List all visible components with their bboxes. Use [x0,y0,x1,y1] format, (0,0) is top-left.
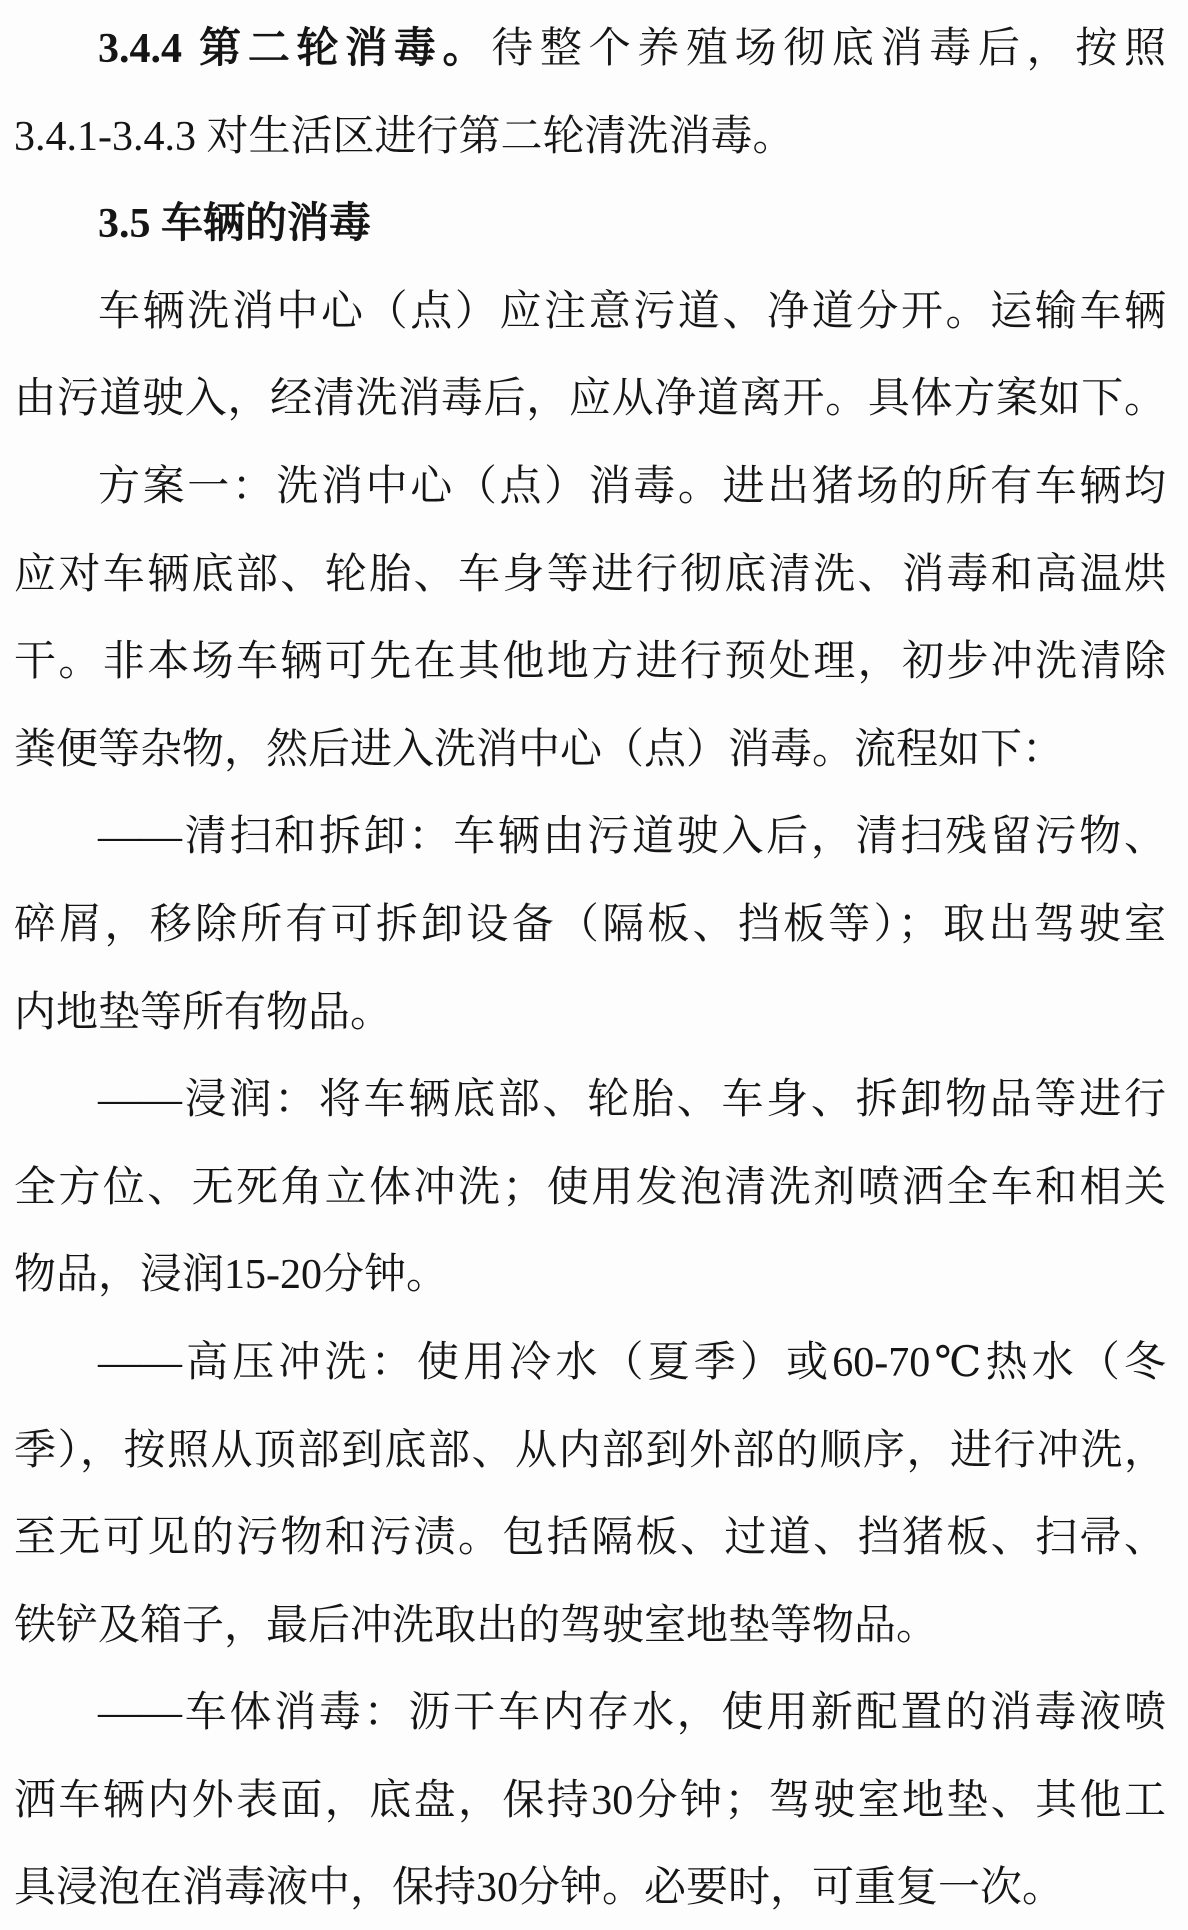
text-line: ——高压冲洗：使用冷水（夏季）或60-70℃热水（冬 [14,1320,1166,1408]
text-line: 物品，浸润15-20分钟。 [14,1232,1166,1320]
text-segment: ——车体消毒：沥干车内存水，使用新配置的消毒液喷 [98,1690,1166,1736]
text-segment: 碎屑，移除所有可拆卸设备（隔板、挡板等）；取出驾驶室 [14,902,1166,948]
paragraph-wash-center-intro: 车辆洗消中心（点）应注意污道、净道分开。运输车辆由污道驶入，经清洗消毒后，应从净… [14,269,1166,444]
text-line: 3.4.1-3.4.3 对生活区进行第二轮清洗消毒。 [14,94,1166,182]
text-segment: 物品，浸润15-20分钟。 [14,1252,448,1298]
paragraph-step-high-pressure-rinse: ——高压冲洗：使用冷水（夏季）或60-70℃热水（冬季），按照从顶部到底部、从内… [14,1320,1166,1670]
text-segment: 由污道驶入，经清洗消毒后，应从净道离开。具体方案如下。 [14,376,1166,422]
text-line: ——浸润：将车辆底部、轮胎、车身、拆卸物品等进行 [14,1057,1166,1145]
text-line: ——清扫和拆卸：车辆由污道驶入后，清扫残留污物、 [14,794,1166,882]
text-segment: 车辆洗消中心（点）应注意污道、净道分开。运输车辆 [98,289,1166,335]
text-line: 洒车辆内外表面，底盘，保持30分钟；驾驶室地垫、其他工 [14,1758,1166,1846]
text-line: 干。非本场车辆可先在其他地方进行预处理，初步冲洗清除 [14,619,1166,707]
text-segment: 铁铲及箱子，最后冲洗取出的驾驶室地垫等物品。 [14,1603,938,1649]
text-line: 由污道驶入，经清洗消毒后，应从净道离开。具体方案如下。 [14,356,1166,444]
text-line: 粪便等杂物，然后进入洗消中心（点）消毒。流程如下： [14,707,1166,795]
text-line: 至无可见的污物和污渍。包括隔板、过道、挡猪板、扫帚、 [14,1495,1166,1583]
text-line: 全方位、无死角立体冲洗；使用发泡清洗剂喷洒全车和相关 [14,1145,1166,1233]
text-segment: 待整个养殖场彻底消毒后，按照 [491,26,1166,72]
text-segment: ——浸润：将车辆底部、轮胎、车身、拆卸物品等进行 [98,1077,1166,1123]
paragraph-plan-one: 方案一：洗消中心（点）消毒。进出猪场的所有车辆均应对车辆底部、轮胎、车身等进行彻… [14,444,1166,794]
text-line: 车辆洗消中心（点）应注意污道、净道分开。运输车辆 [14,269,1166,357]
text-line: 3.4.4 第二轮消毒。待整个养殖场彻底消毒后，按照 [14,6,1166,94]
section-heading-line: 3.5 车辆的消毒 [14,181,1166,269]
text-segment: 具浸泡在消毒液中，保持30分钟。必要时，可重复一次。 [14,1865,1064,1911]
text-line: 具浸泡在消毒液中，保持30分钟。必要时，可重复一次。 [14,1845,1166,1930]
text-line: 碎屑，移除所有可拆卸设备（隔板、挡板等）；取出驾驶室 [14,882,1166,970]
text-line: ——车体消毒：沥干车内存水，使用新配置的消毒液喷 [14,1670,1166,1758]
text-segment: 内地垫等所有物品。 [14,990,392,1036]
text-segment: 3.4.1-3.4.3 对生活区进行第二轮清洗消毒。 [14,114,795,160]
text-line: 应对车辆底部、轮胎、车身等进行彻底清洗、消毒和高温烘 [14,532,1166,620]
bold-text-segment: 3.5 车辆的消毒 [98,201,371,247]
text-line: 铁铲及箱子，最后冲洗取出的驾驶室地垫等物品。 [14,1583,1166,1671]
text-segment: 至无可见的污物和污渍。包括隔板、过道、挡猪板、扫帚、 [14,1515,1166,1561]
paragraph-step-sweep-and-dismantle: ——清扫和拆卸：车辆由污道驶入后，清扫残留污物、碎屑，移除所有可拆卸设备（隔板、… [14,794,1166,1057]
paragraph-step-soak: ——浸润：将车辆底部、轮胎、车身、拆卸物品等进行全方位、无死角立体冲洗；使用发泡… [14,1057,1166,1320]
text-line: 季），按照从顶部到底部、从内部到外部的顺序，进行冲洗， [14,1408,1166,1496]
document-page: 3.4.4 第二轮消毒。待整个养殖场彻底消毒后，按照3.4.1-3.4.3 对生… [0,0,1188,1930]
text-segment: 应对车辆底部、轮胎、车身等进行彻底清洗、消毒和高温烘 [14,552,1166,598]
text-segment: 洒车辆内外表面，底盘，保持30分钟；驾驶室地垫、其他工 [14,1778,1166,1824]
text-segment: 季），按照从顶部到底部、从内部到外部的顺序，进行冲洗， [14,1428,1166,1474]
heading-3-5-vehicle-disinfection: 3.5 车辆的消毒 [14,181,1166,269]
paragraph-3-4-4-second-round-disinfection: 3.4.4 第二轮消毒。待整个养殖场彻底消毒后，按照3.4.1-3.4.3 对生… [14,6,1166,181]
text-segment: 方案一：洗消中心（点）消毒。进出猪场的所有车辆均 [98,464,1166,510]
text-segment: ——清扫和拆卸：车辆由污道驶入后，清扫残留污物、 [98,814,1166,860]
text-segment: 干。非本场车辆可先在其他地方进行预处理，初步冲洗清除 [14,639,1166,685]
text-segment: 全方位、无死角立体冲洗；使用发泡清洗剂喷洒全车和相关 [14,1165,1166,1211]
bold-text-segment: 3.4.4 第二轮消毒。 [98,26,491,72]
text-segment: 粪便等杂物，然后进入洗消中心（点）消毒。流程如下： [14,727,1064,773]
text-line: 内地垫等所有物品。 [14,970,1166,1058]
text-segment: ——高压冲洗：使用冷水（夏季）或60-70℃热水（冬 [98,1340,1166,1386]
paragraph-step-body-disinfection: ——车体消毒：沥干车内存水，使用新配置的消毒液喷洒车辆内外表面，底盘，保持30分… [14,1670,1166,1930]
text-line: 方案一：洗消中心（点）消毒。进出猪场的所有车辆均 [14,444,1166,532]
